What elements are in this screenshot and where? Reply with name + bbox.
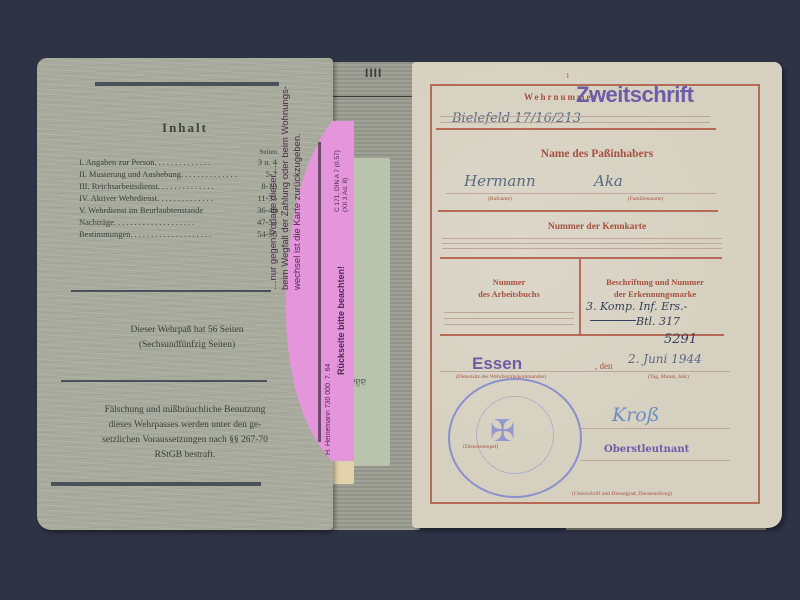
erkennungsmarke-value-line1: 3. Komp. Inf. Ers.- <box>586 300 687 313</box>
toc-item: III. Reichsarbeitsdienst..............8-… <box>79 180 277 192</box>
erkennungsmarke-value-line2: Btl. 317 <box>636 315 680 328</box>
zweitschrift-stamp: Zweitschrift <box>576 82 693 108</box>
first-name-caption: (Rufname) <box>488 196 512 202</box>
section-divider <box>438 210 718 212</box>
spine-marks: IIII <box>365 66 382 80</box>
rank-stamp: Oberstleutnant <box>604 444 689 455</box>
ruled-line <box>580 460 730 461</box>
bottom-rule <box>51 482 261 486</box>
toc-item: IV. Aktiver Wehrdienst..............11-3… <box>79 192 277 204</box>
last-name-caption: (Familienname) <box>628 196 663 202</box>
den-label: , den <box>595 361 613 371</box>
page-count-note: Dieser Wehrpaß hat 56 Seiten (Sechsundfü… <box>67 323 307 353</box>
toc-item: Bestimmungen....................54-56 <box>79 228 277 240</box>
signature: Kroß <box>612 404 659 426</box>
ruled-line <box>442 248 722 249</box>
ruled-line <box>580 428 730 429</box>
pink-card-instructions: …nur gegen Vorlage dieser… beim Wegfall … <box>268 80 304 290</box>
ruled-line <box>444 312 574 313</box>
toc-item: Nachträge....................47-53 <box>79 216 277 228</box>
last-name: Aka <box>594 172 623 190</box>
ruled-line <box>440 116 710 117</box>
seal-caption: (Dienststempel) <box>463 444 498 450</box>
ruled-line <box>440 122 710 123</box>
ruled-line <box>440 371 730 372</box>
ruled-line <box>444 324 574 325</box>
pink-card-bar <box>318 142 321 442</box>
ruled-line <box>442 243 722 244</box>
pink-card-printer: H. Heinemann 730 000. 7. 64 <box>325 364 332 455</box>
signature-caption: (Unterschrift und Dienstgrad, Dienststel… <box>572 491 672 497</box>
toc-item: I. Angaben zur Person..............3 u. … <box>79 156 277 168</box>
top-rule <box>95 82 279 86</box>
ruled-line <box>444 318 574 319</box>
divider-rule <box>61 380 267 382</box>
page-number: 1 <box>566 72 570 80</box>
toc-item: V. Wehrdienst im Beurlaubtenstande 36-46 <box>79 204 277 216</box>
strikethrough <box>590 320 636 321</box>
name-heading: Name des Paßinhabers <box>432 148 762 160</box>
erkennungsmarke-heading: Beschriftung und Nummer der Erkennungsma… <box>584 276 726 300</box>
date-value: 2. Juni 1944 <box>628 352 702 366</box>
column-divider <box>579 259 581 335</box>
ruled-line <box>442 238 722 239</box>
wehrnummer-value: Bielefeld 17/16/213 <box>452 111 581 126</box>
pink-card-form-code: C 171, DIN A 7 (0.57) (XII 3 Ad. 8) <box>334 150 350 212</box>
kennkarte-heading: Nummer der Kennkarte <box>432 222 762 232</box>
toc-item: II. Musterung und Aushebung.............… <box>79 168 277 180</box>
divider-rule <box>71 290 271 292</box>
first-name: Hermann <box>464 172 536 190</box>
table-of-contents: I. Angaben zur Person..............3 u. … <box>79 156 277 240</box>
arbeitsbuch-heading: Nummer des Arbeitsbuchs <box>440 276 578 300</box>
legal-notice: Fälschung und mißbräuchliche Benutzung d… <box>59 403 311 463</box>
ruled-line <box>446 193 716 194</box>
section-divider <box>436 128 716 130</box>
erkennungsmarke-number: 5291 <box>664 332 697 347</box>
pink-card-notice: Rückseite bitte beachten! <box>336 266 346 375</box>
section-divider <box>440 257 722 259</box>
date-caption: (Tag, Monat, Jahr) <box>648 374 689 380</box>
